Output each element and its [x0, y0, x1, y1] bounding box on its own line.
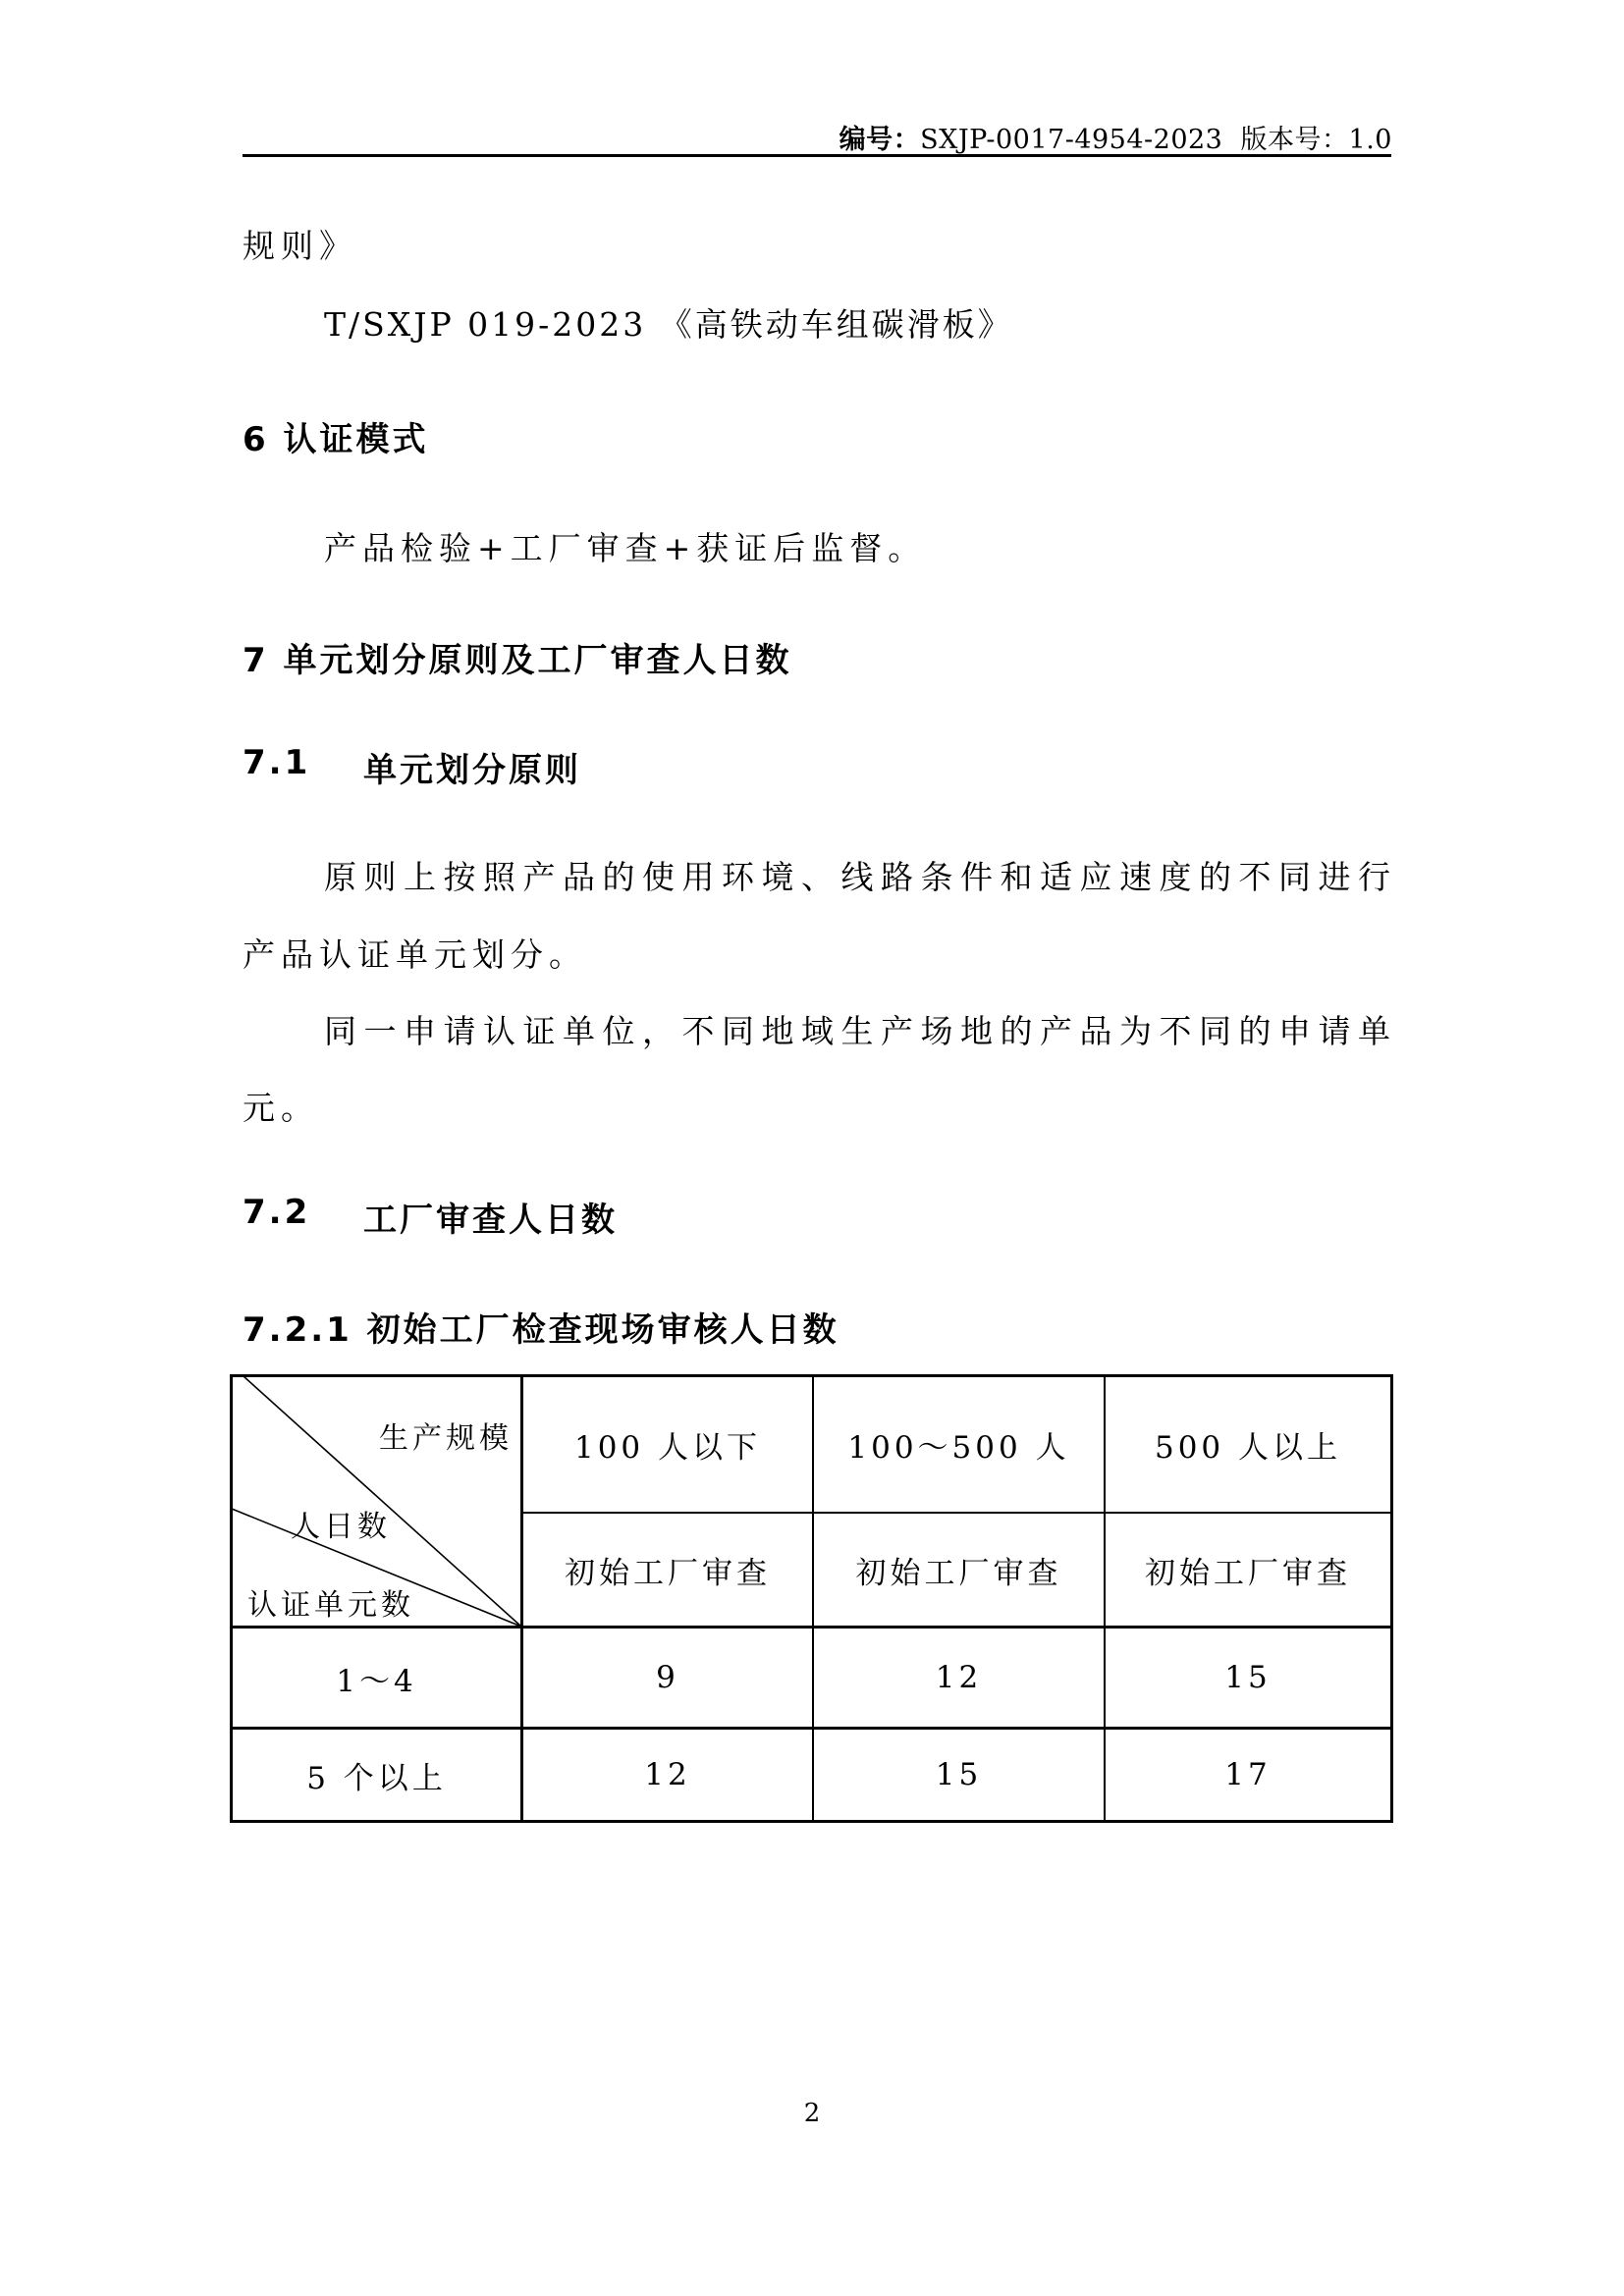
row-2-value-under-100: 12 — [523, 1730, 812, 1820]
row-2-value-over-500: 17 — [1106, 1730, 1390, 1820]
section-7-heading: 7 单元划分原则及工厂审查人日数 — [243, 633, 792, 681]
corner-label-person-days: 人日数 — [291, 1502, 391, 1545]
continuation-line-2: T/SXJP 019-2023 《高铁动车组碳滑板》 — [324, 299, 1013, 346]
sub-header-initial-audit: 初始工厂审查 — [814, 1514, 1104, 1626]
section-7-1-title: 单元划分原则 — [363, 743, 581, 791]
doc-number-label: 编号： — [839, 125, 921, 155]
sub-header-initial-audit: 初始工厂审查 — [1106, 1514, 1390, 1626]
section-6-heading: 6 认证模式 — [243, 412, 429, 460]
scale-header-over-500: 500 人以上 — [1106, 1377, 1390, 1512]
section-7-2-title: 工厂审查人日数 — [363, 1193, 618, 1241]
row-2-value-100-500: 15 — [814, 1730, 1104, 1820]
table-border-right — [1390, 1374, 1393, 1823]
section-7-2-number: 7.2 — [243, 1193, 310, 1232]
corner-label-production-scale: 生产规模 — [379, 1414, 513, 1457]
sub-header-initial-audit: 初始工厂审查 — [523, 1514, 812, 1626]
header-divider — [243, 154, 1391, 157]
version-value: 1.0 — [1349, 125, 1392, 155]
row-1-value-under-100: 9 — [523, 1629, 812, 1727]
scale-header-under-100: 100 人以下 — [523, 1377, 812, 1512]
row-1-value-100-500: 12 — [814, 1629, 1104, 1727]
audit-days-table: 生产规模 人日数 认证单元数 100 人以下 100～500 人 500 人以上… — [230, 1374, 1393, 1823]
row-1-value-over-500: 15 — [1106, 1629, 1390, 1727]
para-2-line-1: 同一申请认证单位，不同地域生产场地的产品为不同的申请单 — [324, 1006, 1398, 1052]
scale-header-100-500: 100～500 人 — [814, 1377, 1104, 1512]
section-6-body: 产品检验+工厂审查+获证后监督。 — [324, 523, 926, 569]
continuation-line-1: 规则》 — [243, 221, 357, 267]
page-number: 2 — [0, 2099, 1624, 2128]
row-2-units: 5 个以上 — [233, 1730, 520, 1820]
corner-label-unit-count: 认证单元数 — [247, 1580, 414, 1624]
para-2-line-2: 元。 — [243, 1083, 319, 1129]
version-label: 版本号： — [1241, 125, 1349, 155]
doc-number-value: SXJP-0017-4954-2023 — [920, 125, 1222, 155]
para-1-line-2: 产品认证单元划分。 — [243, 930, 587, 976]
section-7-1-number: 7.1 — [243, 743, 310, 782]
section-7-2-1-heading: 7.2.1 初始工厂检查现场审核人日数 — [243, 1303, 839, 1351]
row-1-units: 1～4 — [233, 1629, 520, 1727]
para-1-line-1: 原则上按照产品的使用环境、线路条件和适应速度的不同进行 — [324, 852, 1398, 898]
document-header: 编号：SXJP-0017-4954-2023 版本号：1.0 — [839, 118, 1392, 156]
